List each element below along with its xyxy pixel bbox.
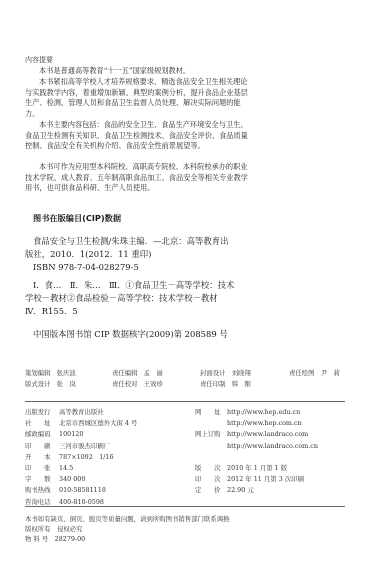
credit-name: 韩 刚 [232,380,251,388]
footer-notes: 本书如有缺页、倒页、脱页等质量问题，请到所购图书销售部门联系调换 版权所有 侵权… [25,514,230,544]
pub-row: 社 址北京市西城区德外大街 4 号 [25,418,137,429]
footer-quality-note: 本书如有缺页、倒页、脱页等质量问题，请到所购图书销售部门联系调换 [25,514,230,524]
pub-row: 邮政编码100120 [25,429,137,440]
footer-copyright: 版权所有 侵权必究 [25,524,230,534]
credit-responsible-editor: 责任编辑孟 丽 [112,368,163,377]
cip-record-number: 中国版本图书馆 CIP 数据核字(2009)第 208589 号 [33,328,228,340]
pub-row: 开 本787×1092 1/16 [25,452,137,463]
summary-paragraph-2: 本书紧扣高等学校人才培养规格要求，精选食品安全卫生相关理论与实践教学内容，着重增… [25,77,250,119]
publication-info-right: 网 址http://www.hep.edu.cn http://www.hep.… [195,407,318,497]
cip-line-1: 食品安全与卫生检测/朱珠主编．—北京：高等教育出 [25,235,255,248]
credit-name: 张庆波 [57,369,76,377]
cip-line-2: 版社，2010．1(2012．11 重印) [25,248,255,261]
credit-role: 责任印制 [200,379,226,388]
credit-role: 策划编辑 [25,368,51,377]
credit-name: 王效珍 [144,380,163,388]
pub-row: 字 数340 000 [25,474,137,485]
credit-name: 张 岚 [57,380,76,388]
credit-layout-design: 版式设计张 岚 [25,379,76,388]
publication-info-left: 出版发行高等教育出版社 社 址北京市西城区德外大街 4 号 邮政编码100120… [25,407,137,508]
pub-row: 印 次2012 年 11 月第 3 次印刷 [195,474,318,485]
summary-heading: 内容提要 [25,55,53,65]
credit-printing: 责任印制韩 刚 [200,379,251,388]
divider-top [25,401,345,402]
pub-row: 定 价22.90 元 [195,485,318,496]
pub-row: 购书热线010-58581118 [25,485,137,496]
pub-row: 出版发行高等教育出版社 [25,407,137,418]
credit-proofreader: 责任校对王效珍 [112,379,163,388]
credit-role: 责任编辑 [112,368,138,377]
credit-role: 封面设计 [200,368,226,377]
credit-planning-editor: 策划编辑张庆波 [25,368,76,377]
pub-row: 版 次2010 年 1 月第 1 版 [195,463,318,474]
summary-paragraph-4: 本书可作为应用型本科院校、高职高专院校、本科院校承办的职业技术学院、成人教育、五… [25,162,250,194]
credit-role: 责任校对 [112,379,138,388]
cip-class-1: Ⅰ．食… Ⅱ．朱… Ⅲ．①食品卫生－高等学校：技术 [25,279,255,292]
summary-paragraph-3: 本书主要内容包括：食品的安全卫生、食品生产环境安全与卫生、食品卫生检测有关知识、… [25,120,250,152]
pub-row: http://www.hep.com.cn [195,418,318,429]
pub-spacer [195,452,318,463]
credit-illustration: 责任绘图尹 莉 [289,368,340,377]
credit-role: 版式设计 [25,379,51,388]
cip-title: 图书在版编目(CIP)数据 [33,213,121,224]
pub-row: 网 址http://www.hep.edu.cn [195,407,318,418]
cip-data: 食品安全与卫生检测/朱珠主编．—北京：高等教育出 版社，2010．1(2012．… [25,235,255,318]
cip-isbn: ISBN 978-7-04-028279-5 [25,261,255,274]
credit-role: 责任绘图 [289,368,315,377]
footer-material-number: 物 料 号 28279-00 [25,534,230,544]
divider-bottom [25,506,345,507]
credit-name: 刘晓翔 [232,369,251,377]
cip-class-3: Ⅳ．R155．5 [25,305,255,318]
credit-name: 尹 莉 [321,369,340,377]
pub-row: 印 张14.5 [25,463,137,474]
credit-cover-design: 封面设计刘晓翔 [200,368,251,377]
cip-class-2: 学校－教材②食品检验－高等学校：技术学校－教材 [25,292,255,305]
pub-row: 印 刷三河市骏杰印刷厂 [25,441,137,452]
pub-row: 网上订购http://www.landraco.com [195,429,318,440]
pub-row: http://www.landraco.com.cn [195,441,318,452]
summary-paragraph-1: 本书是普通高等教育“十一五”国家级规划教材。 [25,66,250,77]
credit-name: 孟 丽 [144,369,163,377]
